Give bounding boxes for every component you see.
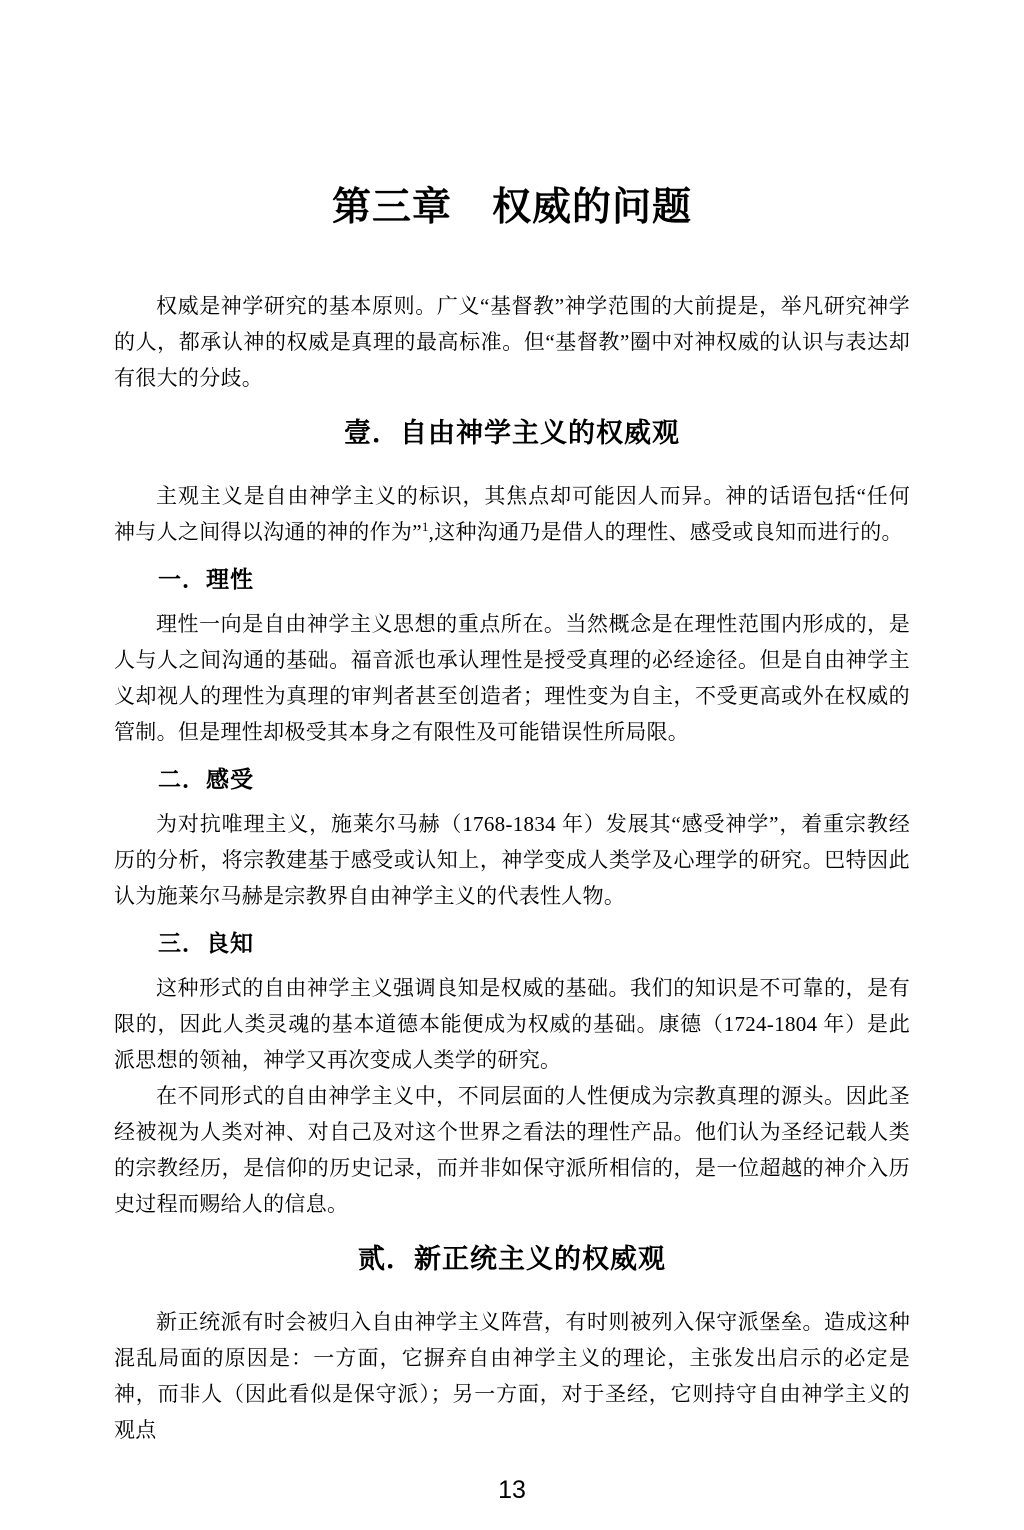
subsection-feeling-paragraph: 为对抗唯理主义，施莱尔马赫（1768-1834 年）发展其“感受神学”，着重宗教… bbox=[114, 806, 910, 914]
page-number: 13 bbox=[0, 1476, 1024, 1504]
subsection-reason-heading: 一．理性 bbox=[114, 562, 910, 596]
document-page: 第三章 权威的问题 权威是神学研究的基本原则。广义“基督教”神学范围的大前提是，… bbox=[0, 0, 1024, 1530]
subsection-conscience-paragraph-2: 在不同形式的自由神学主义中，不同层面的人性便成为宗教真理的源头。因此圣经被视为人… bbox=[114, 1078, 910, 1222]
subsection-feeling-heading: 二．感受 bbox=[114, 762, 910, 796]
chapter-title: 第三章 权威的问题 bbox=[114, 0, 910, 234]
section-1-heading: 壹．自由神学主义的权威观 bbox=[114, 414, 910, 452]
lead-text-after-footnote: ,这种沟通乃是借人的理性、感受或良知而进行的。 bbox=[429, 520, 903, 544]
intro-paragraph: 权威是神学研究的基本原则。广义“基督教”神学范围的大前提是，举凡研究神学的人，都… bbox=[114, 288, 910, 396]
section-2-heading: 贰．新正统主义的权威观 bbox=[114, 1240, 910, 1278]
subsection-reason-paragraph: 理性一向是自由神学主义思想的重点所在。当然概念是在理性范围内形成的，是人与人之间… bbox=[114, 606, 910, 750]
subsection-conscience-heading: 三．良知 bbox=[114, 926, 910, 960]
footnote-marker-1: 1 bbox=[422, 519, 429, 534]
page-content: 第三章 权威的问题 权威是神学研究的基本原则。广义“基督教”神学范围的大前提是，… bbox=[0, 0, 1024, 1448]
subsection-conscience-paragraph-1: 这种形式的自由神学主义强调良知是权威的基础。我们的知识是不可靠的，是有限的，因此… bbox=[114, 970, 910, 1078]
section-2-paragraph: 新正统派有时会被归入自由神学主义阵营，有时则被列入保守派堡垒。造成这种混乱局面的… bbox=[114, 1304, 910, 1448]
section-1-lead-paragraph: 主观主义是自由神学主义的标识，其焦点却可能因人而异。神的话语包括“任何神与人之间… bbox=[114, 478, 910, 550]
